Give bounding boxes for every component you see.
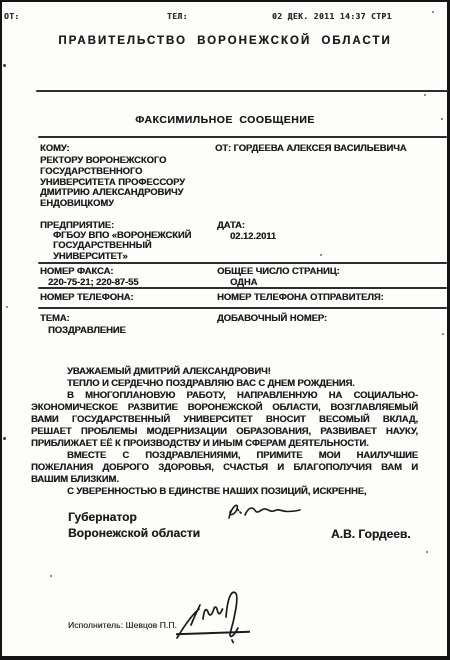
page-border-left [0,0,2,660]
subject-label: ТЕМА: [40,313,70,324]
scan-speckle [426,551,428,553]
org-title: ПРАВИТЕЛЬСТВО ВОРОНЕЖСКОЙ ОБЛАСТИ [0,35,450,47]
body-line: ВАШИМ БЛИЗКИМ. [31,474,418,486]
letter-body: УВАЖАЕМЫЙ ДМИТРИЙ АЛЕКСАНДРОВИЧ! ТЕПЛО И… [31,366,418,499]
scan-speckle [6,306,8,308]
executor-signature-image [172,588,258,646]
body-line: С УВЕРЕННОСТЬЮ В ЕДИНСТВЕ НАШИХ ПОЗИЦИЙ,… [31,486,418,498]
horizontal-rule-3 [38,262,447,264]
executor-label: Исполнитель: Шевцов П.П. [68,620,177,630]
horizontal-rule-5 [38,307,447,309]
page-border-bottom [0,656,450,660]
scan-speckle [3,437,6,440]
body-line: В МНОГОПЛАНОВУЮ РАБОТУ, НАПРАВЛЕННУЮ НА … [31,390,418,402]
fax-number-label: НОМЕР ФАКСА: [40,266,113,277]
horizontal-rule-1 [36,90,448,92]
fax-header-from-label: ОТ: [4,12,20,21]
recipient-line: ГОСУДАРСТВЕННОГО [40,167,185,178]
page-border-top [0,0,450,2]
fax-header-tel-label: ТЕЛ: [167,12,188,21]
body-line: ВМЕСТЕ С ПОЗДРАВЛЕНИЯМИ, ПРИМИТЕ МОИ НАИ… [31,450,418,462]
scan-speckle [442,333,444,335]
company-line: УНИВЕРСИТЕТ» [53,252,191,262]
phone-label: НОМЕР ТЕЛЕФОНА: [40,292,134,303]
pages-count-label: ОБЩЕЕ ЧИСЛО СТРАНИЦ: [217,266,340,277]
from-sender-value: ОТ: ГОРДЕЕВА АЛЕКСЕЯ ВАСИЛЬЕВИЧА [215,143,406,154]
body-line: ПОЖЕЛАНИЯ ДОБРОГО ЗДОРОВЬЯ, СЧАСТЬЯ И БЛ… [31,462,418,474]
scan-speckle [432,11,434,13]
date-label: ДАТА: [217,220,245,231]
scan-speckle [320,254,322,256]
fax-header-timestamp: 02 ДЕК. 2011 14:37 [272,12,366,21]
body-line: УВАЖАЕМЫЙ ДМИТРИЙ АЛЕКСАНДРОВИЧ! [31,366,418,378]
body-line: ТЕПЛО И СЕРДЕЧНО ПОЗДРАВЛЯЮ ВАС С ДНЕМ Р… [31,378,418,390]
to-label: КОМУ: [40,143,69,154]
horizontal-rule-4 [38,287,447,289]
doc-title: ФАКСИМИЛЬНОЕ СООБЩЕНИЕ [0,114,450,126]
date-value: 02.12.2011 [230,231,276,242]
body-line: ВАМИ ГОСУДАРСТВЕННЫЙ УНИВЕРСИТЕТ ВНОСИТ … [31,414,418,426]
fax-header-page-counter: СТР1 [371,12,392,21]
scan-speckle [3,64,6,67]
scan-speckle [50,575,52,577]
scan-speckle [441,118,443,120]
company-block: ФГБОУ ВПО «ВОРОНЕЖСКИЙ ГОСУДАРСТВЕННЫЙ У… [53,231,191,262]
fax-document-page: ОТ: ТЕЛ: 02 ДЕК. 2011 14:37 СТР1 ПРАВИТЕ… [0,0,450,660]
scan-speckle [424,94,426,96]
body-line: ЭКОНОМИЧЕСКОЕ РАЗВИТИЕ ВОРОНЕЖСКОЙ ОБЛАС… [31,402,418,414]
horizontal-rule-2 [38,136,447,138]
extension-label: ДОБАВОЧНЫЙ НОМЕР: [217,313,327,324]
gordeev-signature-image [222,499,304,526]
signer-name: А.В. Гордеев. [331,527,411,541]
recipient-line: ЕНДОВИЦКОМУ [40,199,185,210]
subject-value: ПОЗДРАВЛЕНИЕ [48,325,126,336]
governor-title-line2: Воронежской области [68,526,200,540]
recipient-block: РЕКТОРУ ВОРОНЕЖСКОГО ГОСУДАРСТВЕННОГО УН… [40,156,185,210]
sender-phone-label: НОМЕР ТЕЛЕФОНА ОТПРАВИТЕЛЯ: [217,292,384,303]
body-line: ПРИБЛИЖАЕТ ЕЁ К ПРОИЗВОДСТВУ И ИНЫМ СФЕР… [31,438,418,450]
governor-title-line1: Губернатор [68,510,137,524]
body-line: РЕШАЕТ ПРОБЛЕМЫ МОДЕРНИЗАЦИИ ОБРАЗОВАНИЯ… [31,426,418,438]
